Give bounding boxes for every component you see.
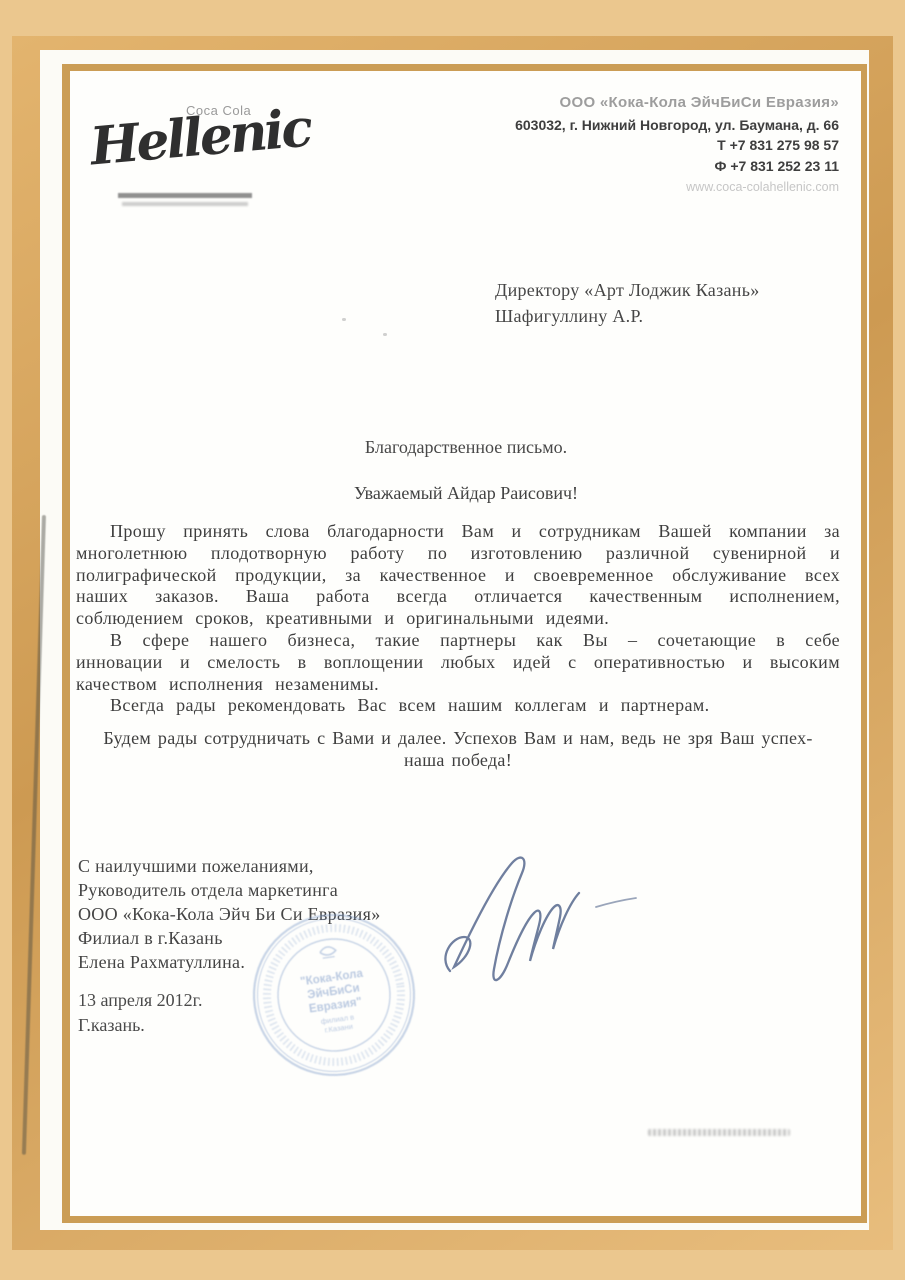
closing-paragraph: Будем рады сотрудничать с Вами и далее. …	[76, 728, 840, 772]
company-contact-block: ООО «Кока-Кола ЭйчБиСи Евразия» 603032, …	[515, 93, 839, 198]
paragraph-2: В сфере нашего бизнеса, такие партнеры к…	[76, 630, 840, 695]
addressee-role: Директору «Арт Лоджик Казань»	[495, 277, 760, 303]
letter-city: Г.казань.	[78, 1013, 203, 1038]
paragraph-3: Всегда рады рекомендовать Вас всем нашим…	[76, 695, 840, 717]
paragraph-1: Прошу принять слова благодарности Вам и …	[76, 521, 840, 630]
closing-line-1: Будем рады сотрудничать с Вами и далее. …	[76, 728, 840, 750]
company-website: www.coca-colahellenic.com	[515, 177, 839, 198]
logo-tagline-faint	[122, 202, 248, 206]
handwritten-signature	[420, 831, 670, 1006]
scanned-letter-background: { "frame": { "outer_bg": "#ebc78e", "ban…	[0, 0, 905, 1280]
letter-body: Прошу принять слова благодарности Вам и …	[76, 521, 840, 772]
coca-cola-hellenic-logo: Coca Cola Hellenic	[90, 95, 300, 213]
round-stamp: "Кока-Кола ЭйчБиСи Евразия" филиал в г.К…	[237, 898, 431, 1092]
faint-footer-print	[648, 1129, 790, 1136]
signature-stroke	[445, 858, 579, 980]
addressee-person: Шафигуллину А.Р.	[495, 303, 760, 329]
logo-hellenic-script: Hellenic	[88, 98, 313, 178]
company-fax: Ф +7 831 252 23 11	[515, 156, 839, 177]
company-name: ООО «Кока-Кола ЭйчБиСи Евразия»	[515, 93, 839, 114]
closing-line-2: наша победа!	[76, 750, 840, 772]
signoff-wishes: С наилучшими пожеланиями,	[78, 854, 381, 878]
logo-underline-smudge	[118, 193, 252, 198]
letter-greeting: Уважаемый Айдар Раисович!	[70, 483, 862, 504]
company-address: 603032, г. Нижний Новгород, ул. Баумана,…	[515, 115, 839, 136]
letter-title: Благодарственное письмо.	[70, 437, 862, 458]
signature-dash	[596, 898, 636, 907]
letter-page: Coca Cola Hellenic ООО «Кока-Кола ЭйчБиС…	[70, 71, 861, 1216]
date-block: 13 апреля 2012г. Г.казань.	[78, 988, 203, 1038]
signoff-role: Руководитель отдела маркетинга	[78, 878, 381, 902]
addressee-block: Директору «Арт Лоджик Казань» Шафигуллин…	[495, 277, 760, 329]
scan-speck	[342, 318, 346, 321]
letter-date: 13 апреля 2012г.	[78, 988, 203, 1013]
stamp-emblem-icon	[319, 946, 336, 956]
company-phone: Т +7 831 275 98 57	[515, 135, 839, 156]
scan-speck	[383, 333, 387, 336]
